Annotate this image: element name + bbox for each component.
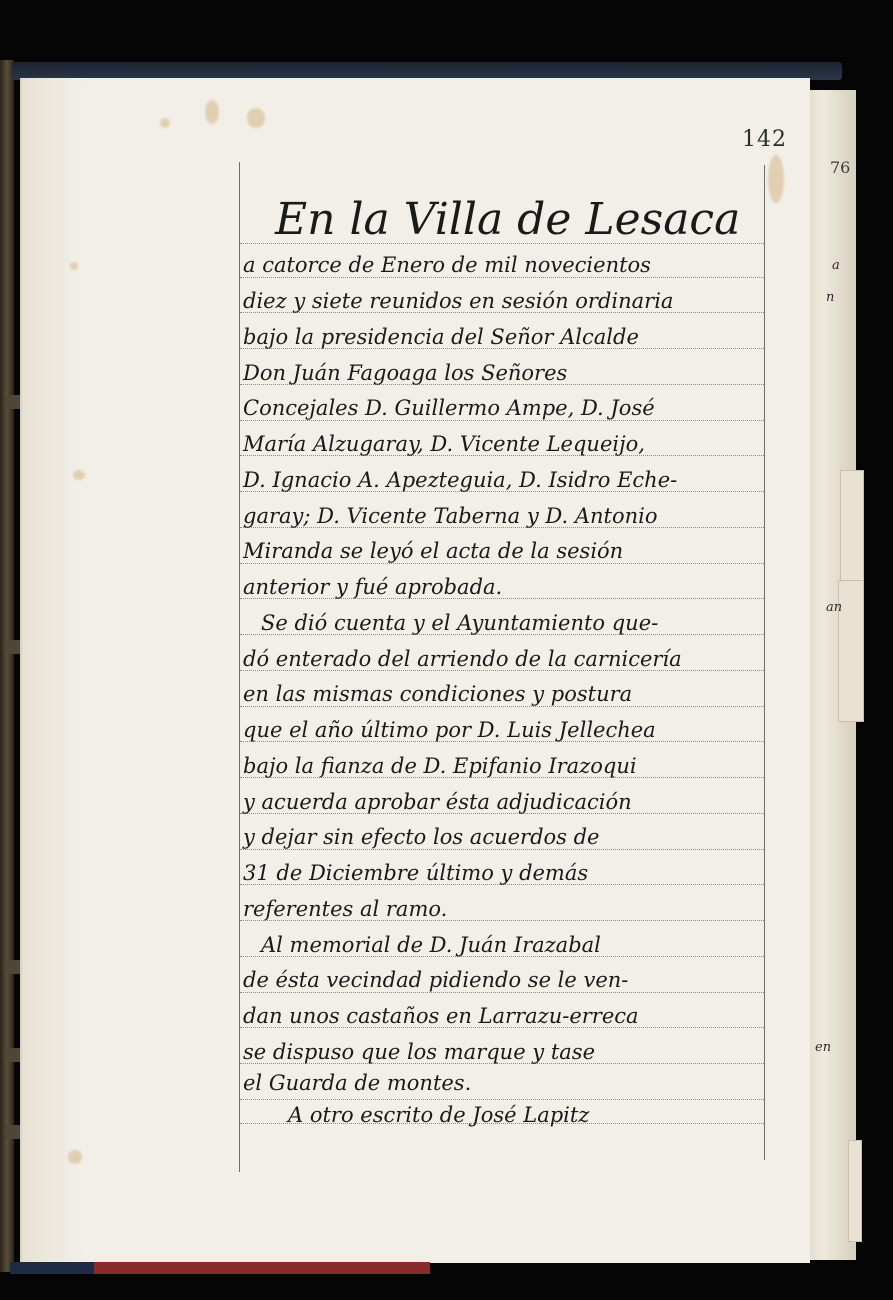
text-line: Don Juán Fagoaga los Señores [243, 358, 768, 388]
text-line: y dejar sin efecto los acuerdos de [243, 822, 768, 852]
text-line: que el año último por D. Luis Jellechea [243, 715, 768, 745]
text-line: en las mismas condiciones y postura [243, 679, 768, 709]
underlying-text-fragment: en [815, 1040, 831, 1055]
underlying-text-fragment: an [826, 600, 842, 615]
book-binding [0, 60, 14, 1272]
text-line: D. Ignacio A. Apeztegui­a, D. Isidro Ech… [243, 465, 768, 495]
text-line: Se dió cuenta y el Ayuntamiento que- [243, 608, 786, 638]
document-heading: En la Villa de Lesaca [275, 190, 800, 250]
text-line: diez y siete reunidos en sesión ordinari… [243, 286, 768, 316]
text-line: garay; D. Vicente Taberna y D. Antonio [243, 501, 768, 531]
text-line: de ésta vecindad pidiendo se le ven- [243, 965, 768, 995]
underlying-text-fragment: n [826, 290, 834, 305]
foxing-stain [68, 1150, 82, 1164]
page-tab [848, 1140, 862, 1242]
foxing-stain [70, 262, 78, 270]
text-line: a catorce de Enero de mil novecientos [243, 250, 768, 280]
text-line: Concejales D. Guillermo Ampe, D. José [243, 393, 768, 423]
text-line: 31 de Diciembre último y demás [243, 858, 768, 888]
text-line: A otro escrito de José Lapitz [243, 1100, 813, 1130]
text-line: y acuerda aprobar ésta adjudicación [243, 787, 768, 817]
text-line: Al memorial de D. Juán Irazabal [243, 930, 786, 960]
text-line: se dispuso que los marque y tase [243, 1037, 768, 1067]
text-line: bajo la fianza de D. Epifanio Irazoqui [243, 751, 768, 781]
text-line: Miranda se leyó el acta de la sesión [243, 536, 768, 566]
page-gutter [22, 78, 58, 1263]
text-line: bajo la presidencia del Señor Alcalde [243, 322, 768, 352]
foxing-stain [247, 108, 265, 128]
text-line: dan unos castaños en Larrazu-erreca [243, 1001, 768, 1031]
text-line: referentes al ramo. [243, 894, 768, 924]
text-line: anterior y fué aprobada. [243, 572, 768, 602]
foxing-stain [160, 118, 170, 128]
underlying-page-number: 76 [830, 158, 850, 177]
page-number: 142 [742, 127, 787, 152]
text-line: el Guarda de montes. [243, 1068, 768, 1098]
left-margin-line [239, 162, 240, 1172]
underlying-text-fragment: a [832, 258, 840, 273]
page-tab [840, 470, 864, 582]
foxing-stain [73, 470, 85, 480]
text-line: María Alzugaray, D. Vicente Lequeijo, [243, 429, 768, 459]
foxing-stain [205, 100, 219, 124]
text-line: dó enterado del arriendo de la carnicerí… [243, 644, 768, 674]
book-cover-bottom [10, 1262, 430, 1274]
